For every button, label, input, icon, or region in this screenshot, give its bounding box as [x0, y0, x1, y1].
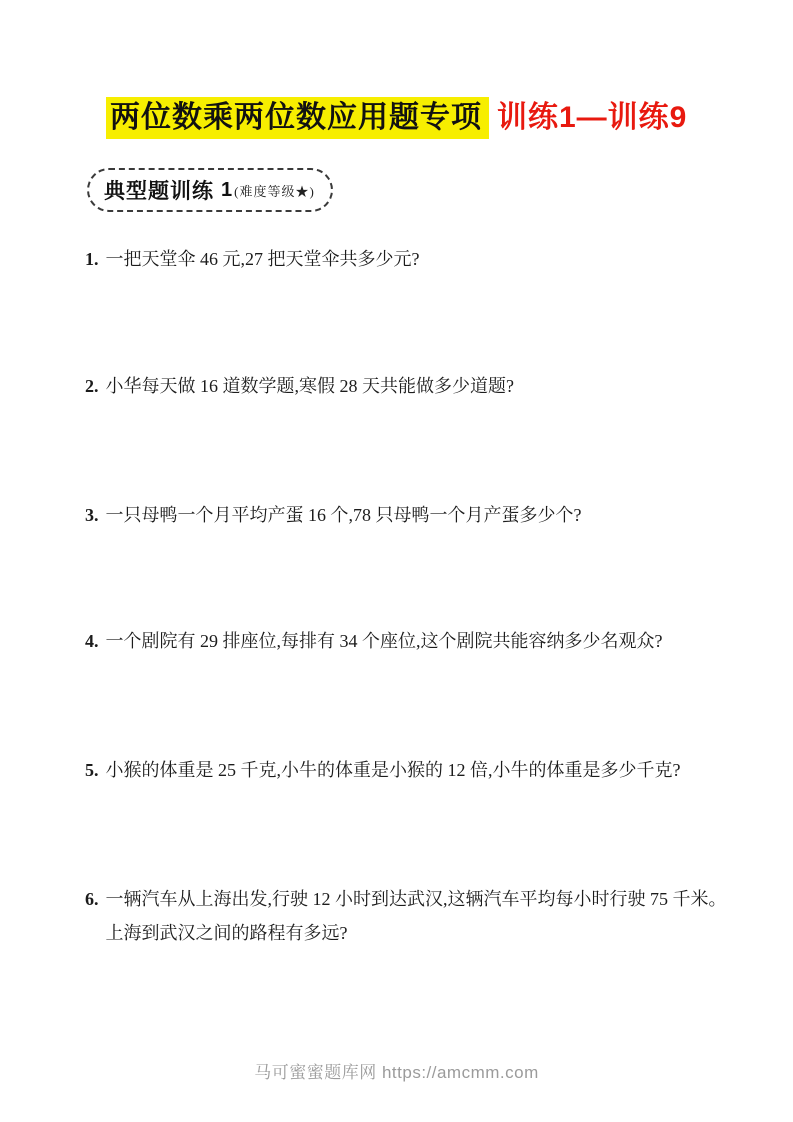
question-1: 1. 一把天堂伞 46 元,27 把天堂伞共多少元?: [85, 242, 735, 276]
section-badge-label: 典型题训练: [104, 175, 214, 205]
title-range-text: 训练1—训练9: [497, 101, 687, 134]
question-6: 6. 一辆汽车从上海出发,行驶 12 小时到达武汉,这辆汽车平均每小时行驶 75…: [85, 882, 735, 950]
question-number: 6.: [85, 882, 99, 950]
question-number: 4.: [85, 624, 99, 658]
page-title: 两位数乘两位数应用题专项训练1—训练9: [106, 92, 687, 136]
section-badge-difficulty: (难度等级★): [234, 181, 315, 200]
question-4: 4. 一个剧院有 29 排座位,每排有 34 个座位,这个剧院共能容纳多少名观众…: [85, 624, 735, 658]
question-number: 5.: [85, 753, 99, 787]
question-text: 一个剧院有 29 排座位,每排有 34 个座位,这个剧院共能容纳多少名观众?: [106, 624, 736, 658]
worksheet-page: 两位数乘两位数应用题专项训练1—训练9 典型题训练 1 (难度等级★) 1. 一…: [0, 0, 793, 1122]
title-highlighted-text: 两位数乘两位数应用题专项: [106, 97, 489, 139]
question-text: 一辆汽车从上海出发,行驶 12 小时到达武汉,这辆汽车平均每小时行驶 75 千米…: [106, 882, 736, 950]
question-2: 2. 小华每天做 16 道数学题,寒假 28 天共能做多少道题?: [85, 369, 735, 403]
question-number: 3.: [85, 498, 99, 532]
question-5: 5. 小猴的体重是 25 千克,小牛的体重是小猴的 12 倍,小牛的体重是多少千…: [85, 753, 735, 787]
question-3: 3. 一只母鸭一个月平均产蛋 16 个,78 只母鸭一个月产蛋多少个?: [85, 498, 735, 532]
question-text: 一只母鸭一个月平均产蛋 16 个,78 只母鸭一个月产蛋多少个?: [106, 498, 736, 532]
question-text: 一把天堂伞 46 元,27 把天堂伞共多少元?: [106, 242, 736, 276]
section-badge: 典型题训练 1 (难度等级★): [87, 168, 333, 212]
question-number: 2.: [85, 369, 99, 403]
site-watermark: 马可蜜蜜题库网 https://amcmm.com: [0, 1058, 793, 1083]
section-badge-number: 1: [221, 179, 232, 202]
question-number: 1.: [85, 242, 99, 276]
question-text: 小猴的体重是 25 千克,小牛的体重是小猴的 12 倍,小牛的体重是多少千克?: [106, 753, 736, 787]
question-text: 小华每天做 16 道数学题,寒假 28 天共能做多少道题?: [106, 369, 736, 403]
